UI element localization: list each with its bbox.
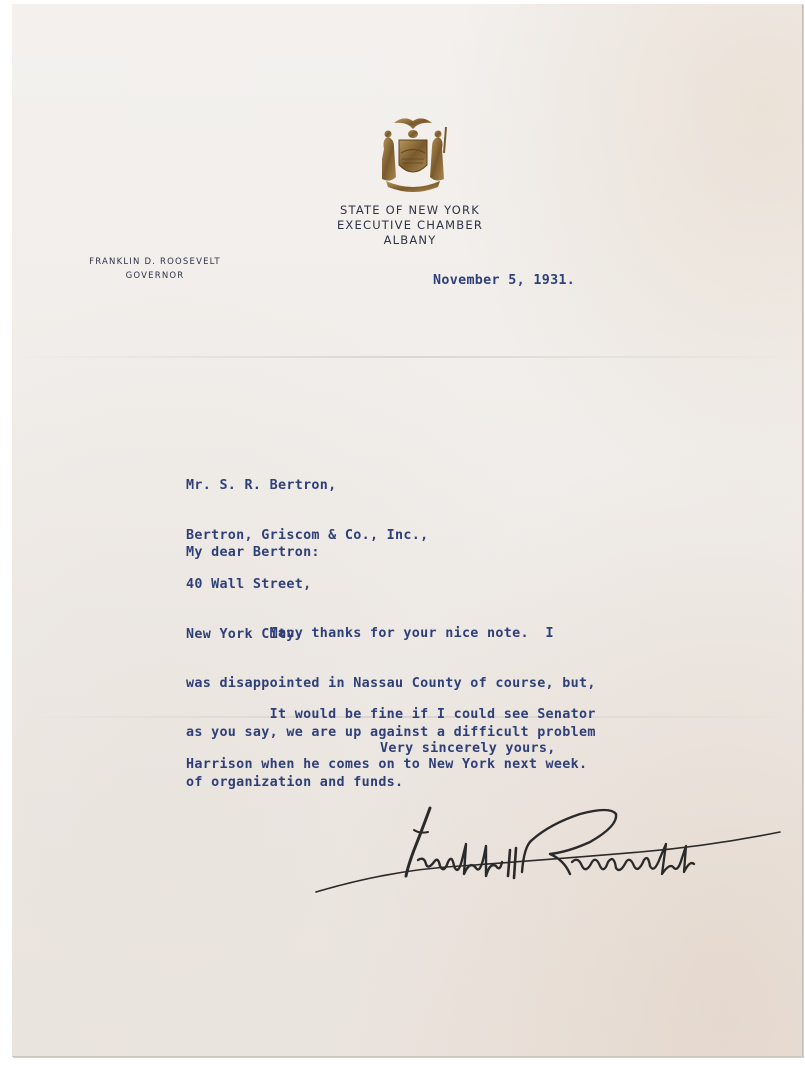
body-line: Harrison when he comes on to New York ne…: [186, 757, 596, 774]
closing: Very sincerely yours,: [380, 741, 556, 758]
body-line: It would be fine if I could see Senator: [186, 707, 596, 724]
handwritten-signature-icon: [310, 800, 785, 900]
sender-title: Governor: [70, 269, 240, 283]
new-york-state-seal-icon: [372, 113, 454, 195]
letter-date: November 5, 1931.: [433, 273, 575, 290]
sender-block: Franklin D. Roosevelt Governor: [70, 255, 240, 283]
recipient-line: Bertron, Griscom & Co., Inc.,: [186, 528, 429, 545]
salutation: My dear Bertron:: [186, 545, 320, 562]
letterhead-state: State of New York: [300, 203, 520, 218]
letterhead-office: Executive Chamber: [300, 218, 520, 233]
letterhead: State of New York Executive Chamber Alba…: [300, 203, 520, 248]
body-line: Many thanks for your nice note. I: [186, 626, 596, 643]
body-paragraph-2: It would be fine if I could see Senator …: [186, 674, 596, 790]
sender-name: Franklin D. Roosevelt: [70, 255, 240, 269]
letterhead-city: Albany: [300, 233, 520, 248]
recipient-line: 40 Wall Street,: [186, 577, 429, 594]
paper-fold-line: [12, 356, 802, 358]
recipient-line: Mr. S. R. Bertron,: [186, 478, 429, 495]
